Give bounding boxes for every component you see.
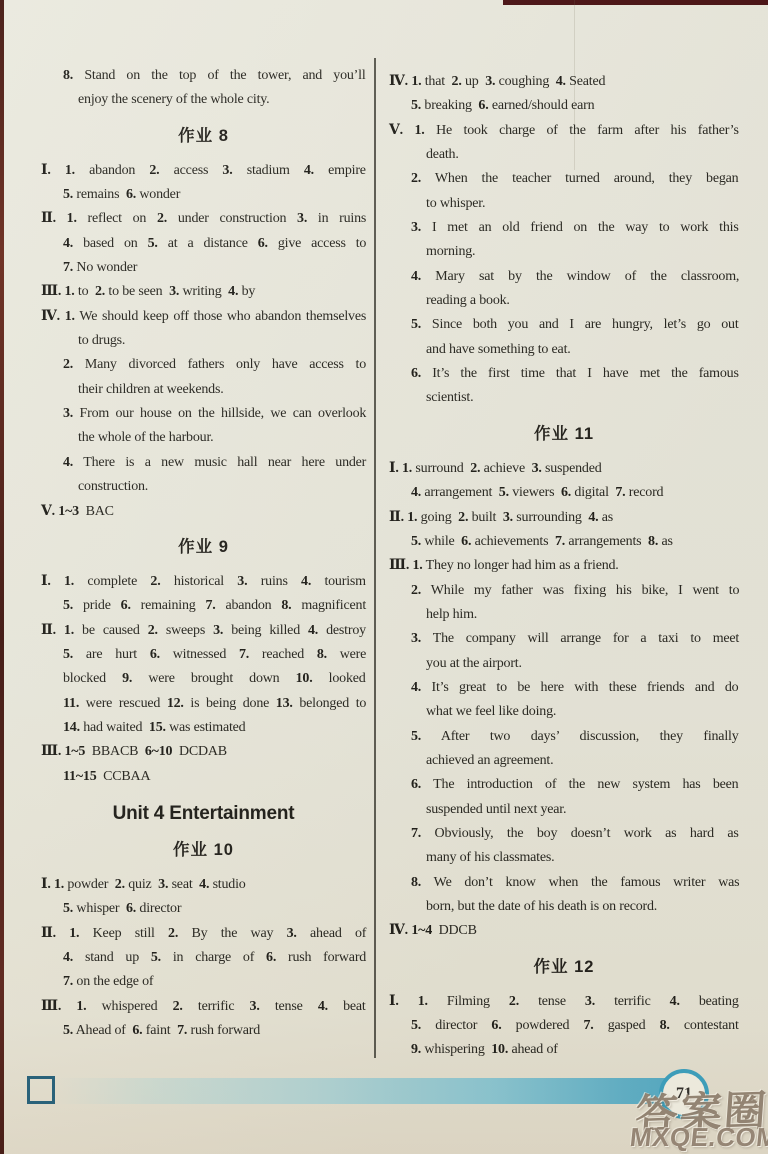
text-line: enjoy the scenery of the whole city. [41, 88, 366, 112]
text-line: construction. [41, 475, 366, 499]
text-line: help him. [389, 603, 739, 627]
text-line: Ⅱ. 1. going 2. built 3. surrounding 4. a… [389, 506, 739, 530]
text-line: 14. had waited 15. was estimated [41, 716, 366, 740]
text-line: 8. Stand on the top of the tower, and yo… [41, 64, 366, 88]
book-left-edge [0, 0, 4, 1154]
text-line: born, but the date of his death is on re… [389, 895, 739, 919]
text-line: 7. Obviously, the boy doesn’t work as ha… [389, 822, 739, 846]
text-line: 5. breaking 6. earned/should earn [389, 94, 739, 118]
text-line: 3. The company will arrange for a taxi t… [389, 627, 739, 651]
text-line: 5. Ahead of 6. faint 7. rush forward [41, 1019, 366, 1043]
assignment-header: 作业 11 [389, 421, 739, 447]
assignment-header: 作业 12 [389, 954, 739, 980]
text-line: scientist. [389, 386, 739, 410]
text-line: 8. We don’t know when the famous writer … [389, 871, 739, 895]
column-divider [374, 58, 376, 1058]
text-line: many of his classmates. [389, 846, 739, 870]
text-line: 2. While my father was fixing his bike, … [389, 579, 739, 603]
text-line: their children at weekends. [41, 378, 366, 402]
text-line: 5. director 6. powdered 7. gasped 8. con… [389, 1014, 739, 1038]
left-column: 8. Stand on the top of the tower, and yo… [41, 64, 366, 1043]
text-line: Ⅳ. 1. that 2. up 3. coughing 4. Seated [389, 70, 739, 94]
text-line: and have something to eat. [389, 338, 739, 362]
text-line: 5. pride 6. remaining 7. abandon 8. magn… [41, 594, 366, 618]
text-line: Ⅰ. 1. surround 2. achieve 3. suspended [389, 457, 739, 481]
text-line: 6. It’s the first time that I have met t… [389, 362, 739, 386]
text-line: blocked 9. were brought down 10. looked [41, 667, 366, 691]
text-line: 2. Many divorced fathers only have acces… [41, 353, 366, 377]
text-line: 9. whispering 10. ahead of [389, 1038, 739, 1062]
text-line: 2. When the teacher turned around, they … [389, 167, 739, 191]
text-line: Ⅰ. 1. Filming 2. tense 3. terrific 4. be… [389, 990, 739, 1014]
text-line: 4. It’s great to be here with these frie… [389, 676, 739, 700]
text-line: Ⅲ. 1. to 2. to be seen 3. writing 4. by [41, 280, 366, 304]
text-line: 5. while 6. achievements 7. arrangements… [389, 530, 739, 554]
text-line: 3. I met an old friend on the way to wor… [389, 216, 739, 240]
text-line: Ⅱ. 1. be caused 2. sweeps 3. being kille… [41, 619, 366, 643]
text-line: 4. There is a new music hall near here u… [41, 451, 366, 475]
right-column: Ⅳ. 1. that 2. up 3. coughing 4. Seated5.… [389, 70, 739, 1063]
text-line: achieved an agreement. [389, 749, 739, 773]
text-line: Ⅱ. 1. Keep still 2. By the way 3. ahead … [41, 922, 366, 946]
watermark-site-url: MXQE.COM [628, 1122, 768, 1153]
text-line: Ⅳ. 1~4 DDCB [389, 919, 739, 943]
unit-title: Unit 4 Entertainment [41, 801, 366, 827]
text-line: the whole of the harbour. [41, 426, 366, 450]
text-line: suspended until next year. [389, 798, 739, 822]
text-line: 5. whisper 6. director [41, 897, 366, 921]
text-line: you at the airport. [389, 652, 739, 676]
text-line: 4. stand up 5. in charge of 6. rush forw… [41, 946, 366, 970]
text-line: to whisper. [389, 192, 739, 216]
footer-bar [55, 1078, 703, 1104]
text-line: Ⅱ. 1. reflect on 2. under construction 3… [41, 207, 366, 231]
text-line: 6. The introduction of the new system ha… [389, 773, 739, 797]
text-line: 5. are hurt 6. witnessed 7. reached 8. w… [41, 643, 366, 667]
text-line: 4. Mary sat by the window of the classro… [389, 265, 739, 289]
scanned-answer-page: 8. Stand on the top of the tower, and yo… [0, 0, 768, 1154]
text-line: Ⅲ. 1. They no longer had him as a friend… [389, 554, 739, 578]
text-line: Ⅰ. 1. abandon 2. access 3. stadium 4. em… [41, 159, 366, 183]
text-line: Ⅴ. 1~3 BAC [41, 500, 366, 524]
text-line: Ⅴ. 1. He took charge of the farm after h… [389, 119, 739, 143]
text-line: 5. remains 6. wonder [41, 183, 366, 207]
text-line: 7. No wonder [41, 256, 366, 280]
text-line: Ⅰ. 1. powder 2. quiz 3. seat 4. studio [41, 873, 366, 897]
text-line: reading a book. [389, 289, 739, 313]
text-line: 3. From our house on the hillside, we ca… [41, 402, 366, 426]
text-line: to drugs. [41, 329, 366, 353]
assignment-header: 作业 8 [41, 123, 366, 149]
text-line: 5. Since both you and I are hungry, let’… [389, 313, 739, 337]
text-line: morning. [389, 240, 739, 264]
text-line: what we feel like doing. [389, 700, 739, 724]
text-line: 5. After two days’ discussion, they fina… [389, 725, 739, 749]
text-line: 4. based on 5. at a distance 6. give acc… [41, 232, 366, 256]
assignment-header: 作业 10 [41, 837, 366, 863]
text-line: 11. were rescued 12. is being done 13. b… [41, 692, 366, 716]
book-top-edge [503, 0, 768, 5]
text-line: 4. arrangement 5. viewers 6. digital 7. … [389, 481, 739, 505]
text-line: 7. on the edge of [41, 970, 366, 994]
text-line: Ⅲ. 1~5 BBACB 6~10 DCDAB [41, 740, 366, 764]
assignment-header: 作业 9 [41, 534, 366, 560]
text-line: Ⅲ. 1. whispered 2. terrific 3. tense 4. … [41, 995, 366, 1019]
text-line: death. [389, 143, 739, 167]
text-line: Ⅰ. 1. complete 2. historical 3. ruins 4.… [41, 570, 366, 594]
text-line: 11~15 CCBAA [41, 765, 366, 789]
text-line: Ⅳ. 1. We should keep off those who aband… [41, 305, 366, 329]
footer-checkbox-square [27, 1076, 55, 1104]
